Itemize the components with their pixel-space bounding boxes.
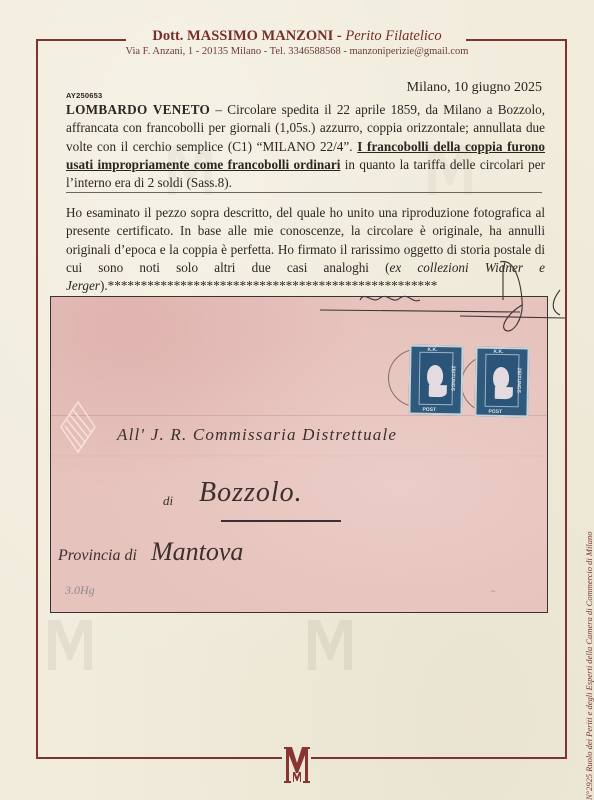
addressee-line: All' J. R. Commissaria Distrettuale	[117, 425, 397, 445]
registry-note: N°2925 Ruolo dei Periti e degli Esperti …	[584, 532, 594, 800]
embossed-mark-icon	[59, 400, 97, 454]
expert-role: Perito Filatelico	[345, 28, 441, 44]
stamp: K.K. ZEITUNGS POST	[408, 345, 463, 416]
certificate-date: Milano, 10 giugno 2025	[407, 80, 542, 96]
frame-border	[565, 39, 567, 759]
pencil-signature: ~	[491, 587, 495, 596]
expert-address: Via F. Anzani, 1 - 20135 Milano - Tel. 3…	[0, 46, 594, 57]
frame-border	[36, 39, 126, 41]
watermark-monogram-icon	[300, 615, 360, 675]
portrait-icon	[493, 367, 509, 389]
frame-border	[36, 39, 38, 759]
frame-border	[311, 757, 567, 759]
destination-province: Mantova	[151, 537, 243, 567]
pencil-note: 3.0Hg	[65, 583, 95, 598]
letterhead: Dott. MASSIMO MANZONI - Perito Filatelic…	[0, 28, 594, 57]
postal-cover-image: All' J. R. Commissaria Distrettuale di B…	[50, 296, 548, 613]
description-paragraph: LOMBARDO VENETO – Circolare spedita il 2…	[66, 101, 545, 192]
section-divider	[66, 192, 542, 193]
description-title: LOMBARDO VENETO	[66, 102, 210, 117]
opinion-paragraph: Ho esaminato il pezzo sopra descritto, d…	[66, 204, 545, 295]
monogram-logo-icon	[281, 745, 313, 785]
cover-fold	[51, 415, 547, 416]
expert-name: Dott. MASSIMO MANZONI	[152, 28, 333, 44]
frame-border	[466, 39, 567, 41]
destination-underline	[221, 520, 341, 522]
stamp: K.K. ZEITUNGS POST	[474, 347, 529, 418]
expert-name-line: Dott. MASSIMO MANZONI - Perito Filatelic…	[0, 28, 594, 45]
certificate-id: AY250653	[66, 91, 102, 100]
portrait-icon	[427, 365, 443, 387]
destination-town: Bozzolo.	[199, 477, 303, 509]
watermark-monogram-icon	[40, 615, 100, 675]
frame-border	[36, 757, 282, 759]
